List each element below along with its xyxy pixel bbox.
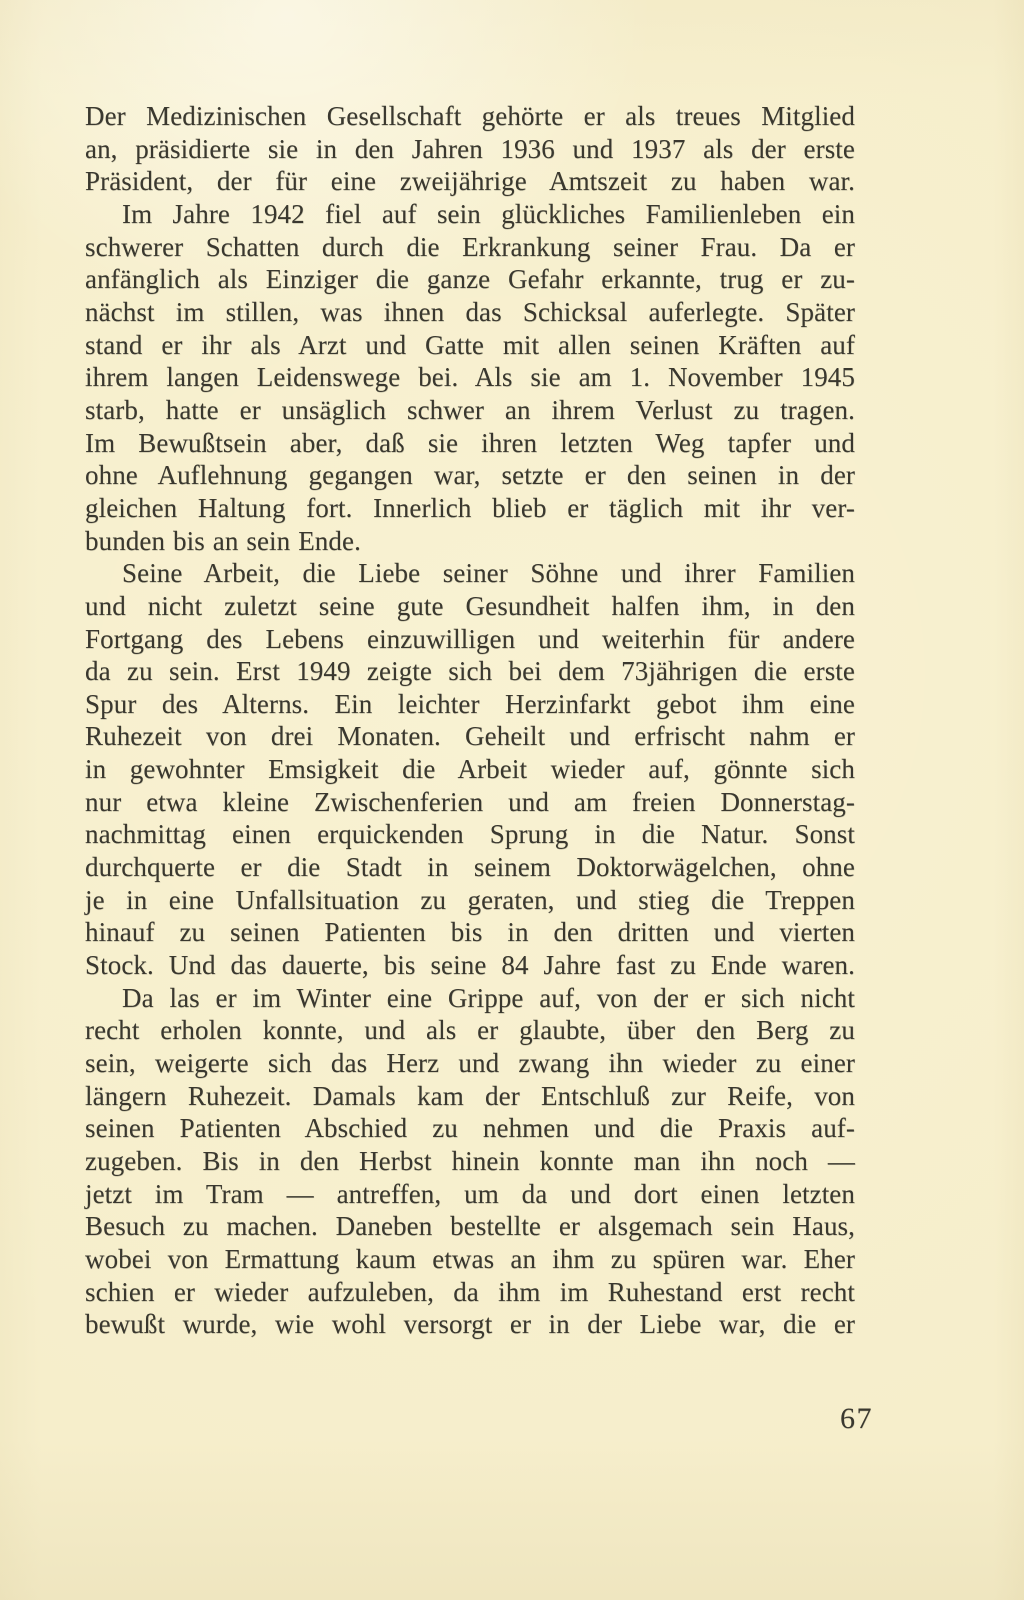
text-line: längern Ruhezeit. Damals kam der Entschl… bbox=[85, 1080, 855, 1113]
page-text: Der Medizinischen Gesellschaft gehörte e… bbox=[85, 100, 855, 1341]
text-line: starb, hatte er unsäglich schwer an ihre… bbox=[85, 394, 855, 427]
text-line: Der Medizinischen Gesellschaft gehörte e… bbox=[85, 100, 855, 133]
text-line: schwerer Schatten durch die Erkrankung s… bbox=[85, 231, 855, 264]
text-line: schien er wieder aufzuleben, da ihm im R… bbox=[85, 1276, 855, 1309]
text-line: Ruhezeit von drei Monaten. Geheilt und e… bbox=[85, 720, 855, 753]
text-line: jetzt im Tram — antreffen, um da und dor… bbox=[85, 1178, 855, 1211]
page-number: 67 bbox=[840, 1402, 900, 1436]
text-line: nur etwa kleine Zwischenferien und am fr… bbox=[85, 786, 855, 819]
paragraph-3: Seine Arbeit, die Liebe seiner Söhne und… bbox=[85, 557, 855, 982]
text-line: Besuch zu machen. Daneben bestellte er a… bbox=[85, 1210, 855, 1243]
text-line: anfänglich als Einziger die ganze Gefahr… bbox=[85, 263, 855, 296]
text-line: Seine Arbeit, die Liebe seiner Söhne und… bbox=[85, 557, 855, 590]
text-line: sein, weigerte sich das Herz und zwang i… bbox=[85, 1047, 855, 1080]
text-line: da zu sein. Erst 1949 zeigte sich bei de… bbox=[85, 655, 855, 688]
text-line: bewußt wurde, wie wohl versorgt er in de… bbox=[85, 1308, 855, 1341]
text-line: ohne Auflehnung gegangen war, setzte er … bbox=[85, 459, 855, 492]
text-line: recht erholen konnte, und als er glaubte… bbox=[85, 1014, 855, 1047]
text-line: ihrem langen Leidenswege bei. Als sie am… bbox=[85, 361, 855, 394]
text-line: Stock. Und das dauerte, bis seine 84 Jah… bbox=[85, 949, 855, 982]
text-line: zugeben. Bis in den Herbst hinein konnte… bbox=[85, 1145, 855, 1178]
text-line: je in eine Unfallsituation zu geraten, u… bbox=[85, 884, 855, 917]
text-line: nachmittag einen erquickenden Sprung in … bbox=[85, 818, 855, 851]
book-page: Der Medizinischen Gesellschaft gehörte e… bbox=[0, 0, 1024, 1600]
text-line: Spur des Alterns. Ein leichter Herzinfar… bbox=[85, 688, 855, 721]
text-line: bunden bis an sein Ende. bbox=[85, 525, 855, 558]
text-line: in gewohnter Emsigkeit die Arbeit wieder… bbox=[85, 753, 855, 786]
text-line: durchquerte er die Stadt in seinem Dokto… bbox=[85, 851, 855, 884]
text-line: und nicht zuletzt seine gute Gesundheit … bbox=[85, 590, 855, 623]
text-line: Im Jahre 1942 fiel auf sein glückliches … bbox=[85, 198, 855, 231]
text-line: nächst im stillen, was ihnen das Schicks… bbox=[85, 296, 855, 329]
paragraph-4: Da las er im Winter eine Grippe auf, von… bbox=[85, 982, 855, 1341]
text-line: Im Bewußtsein aber, daß sie ihren letzte… bbox=[85, 427, 855, 460]
text-line: hinauf zu seinen Patienten bis in den dr… bbox=[85, 916, 855, 949]
text-line: Fortgang des Lebens einzuwilligen und we… bbox=[85, 623, 855, 656]
text-line: Präsident, der für eine zweijährige Amts… bbox=[85, 165, 855, 198]
text-line: stand er ihr als Arzt und Gatte mit alle… bbox=[85, 329, 855, 362]
text-line: Da las er im Winter eine Grippe auf, von… bbox=[85, 982, 855, 1015]
text-line: wobei von Ermattung kaum etwas an ihm zu… bbox=[85, 1243, 855, 1276]
paragraph-2: Im Jahre 1942 fiel auf sein glückliches … bbox=[85, 198, 855, 557]
text-line: seinen Patienten Abschied zu nehmen und … bbox=[85, 1112, 855, 1145]
paragraph-1: Der Medizinischen Gesellschaft gehörte e… bbox=[85, 100, 855, 198]
text-line: an, präsidierte sie in den Jahren 1936 u… bbox=[85, 133, 855, 166]
text-line: gleichen Haltung fort. Innerlich blieb e… bbox=[85, 492, 855, 525]
